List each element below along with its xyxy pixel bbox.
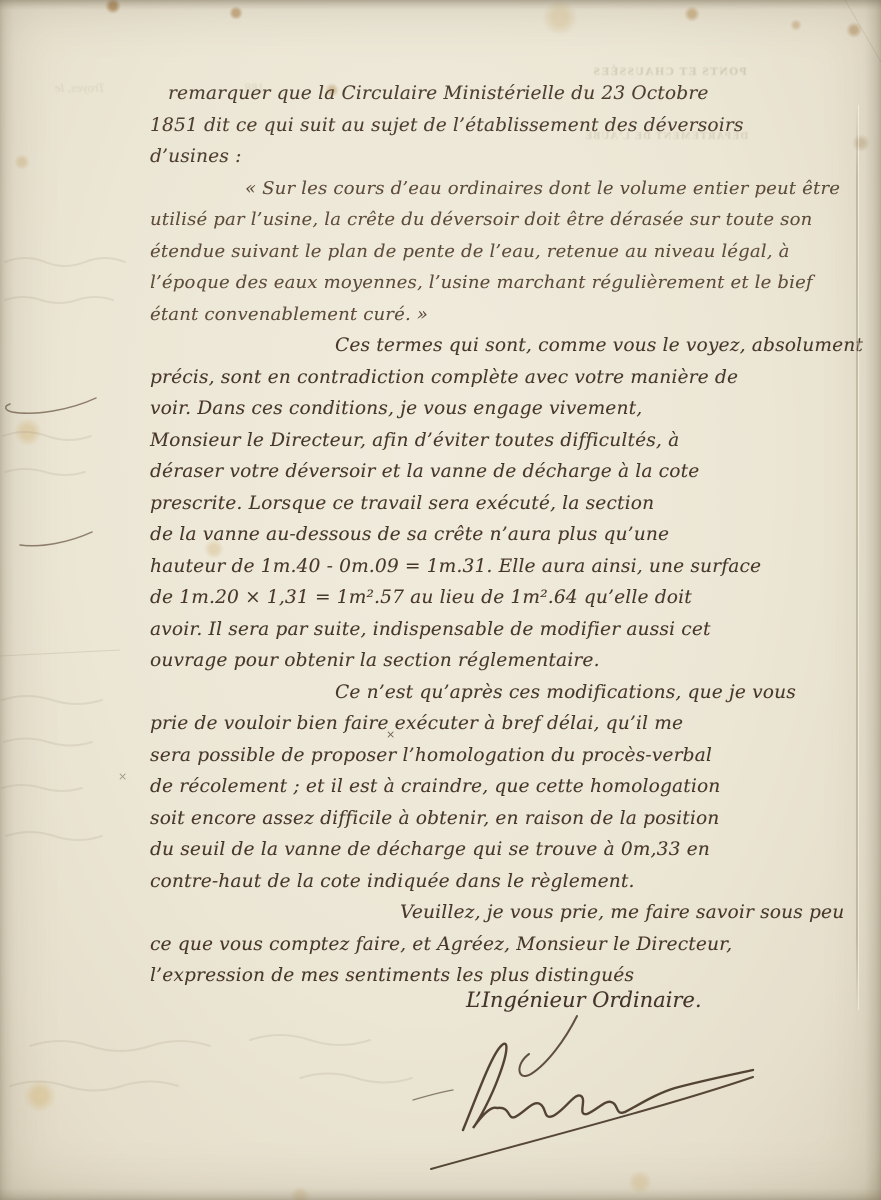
paragraph-request: Ce n’est qu’après ces modifications, que…	[150, 677, 858, 898]
letter-line: remarquer que la Circulaire Ministériell…	[150, 78, 858, 110]
letter-line: du seuil de la vanne de décharge qui se …	[150, 834, 858, 866]
scanned-letter-page: PONTS ET CHAUSSÉES DÉPARTEMENT DE L’AUBE…	[0, 0, 881, 1200]
letter-line: Veuillez, je vous prie, me faire savoir …	[150, 897, 858, 929]
letter-line: de la vanne au-dessous de sa crête n’aur…	[150, 519, 858, 551]
letter-line: de récolement ; et il est à craindre, qu…	[150, 771, 858, 803]
letter-line: déraser votre déversoir et la vanne de d…	[150, 456, 858, 488]
letter-body: remarquer que la Circulaire Ministériell…	[150, 78, 858, 992]
letter-line: de 1m.20 × 1,31 = 1m².57 au lieu de 1m².…	[150, 582, 858, 614]
letter-line: ce que vous comptez faire, et Agréez, Mo…	[150, 929, 858, 961]
letter-line: étant convenablement curé. »	[150, 299, 858, 331]
paragraph-opening: remarquer que la Circulaire Ministériell…	[150, 78, 858, 173]
letter-line: prie de vouloir bien faire exécuter à br…	[150, 708, 858, 740]
letter-line: Monsieur le Directeur, afin d’éviter tou…	[150, 425, 858, 457]
letter-line: ouvrage pour obtenir la section réglemen…	[150, 645, 858, 677]
letter-line: étendue suivant le plan de pente de l’ea…	[150, 236, 858, 268]
paragraph-quotation: « Sur les cours d’eau ordinaires dont le…	[150, 173, 858, 331]
letter-line: avoir. Il sera par suite, indispensable …	[150, 614, 858, 646]
letter-line: prescrite. Lorsque ce travail sera exécu…	[150, 488, 858, 520]
letter-line: l’expression de mes sentiments les plus …	[150, 960, 858, 992]
letter-line: sera possible de proposer l’homologation…	[150, 740, 858, 772]
letter-line: précis, sont en contradiction complète a…	[150, 362, 858, 394]
paragraph-closing: Veuillez, je vous prie, me faire savoir …	[150, 897, 858, 992]
letter-line: soit encore assez difficile à obtenir, e…	[150, 803, 858, 835]
signoff-title: L’Ingénieur Ordinaire.	[466, 988, 702, 1012]
letter-line: Ces termes qui sont, comme vous le voyez…	[150, 330, 858, 362]
letter-line: l’époque des eaux moyennes, l’usine marc…	[150, 267, 858, 299]
letter-line: contre-haut de la cote indiquée dans le …	[150, 866, 858, 898]
letter-line: d’usines :	[150, 141, 858, 173]
paragraph-argument: Ces termes qui sont, comme vous le voyez…	[150, 330, 858, 677]
letter-line: 1851 dit ce qui suit au sujet de l’établ…	[150, 110, 858, 142]
letter-line: hauteur de 1m.40 - 0m.09 = 1m.31. Elle a…	[150, 551, 858, 583]
letter-line: voir. Dans ces conditions, je vous engag…	[150, 393, 858, 425]
letter-line: « Sur les cours d’eau ordinaires dont le…	[150, 173, 858, 205]
letter-line: Ce n’est qu’après ces modifications, que…	[150, 677, 858, 709]
letter-line: utilisé par l’usine, la crête du déverso…	[150, 204, 858, 236]
